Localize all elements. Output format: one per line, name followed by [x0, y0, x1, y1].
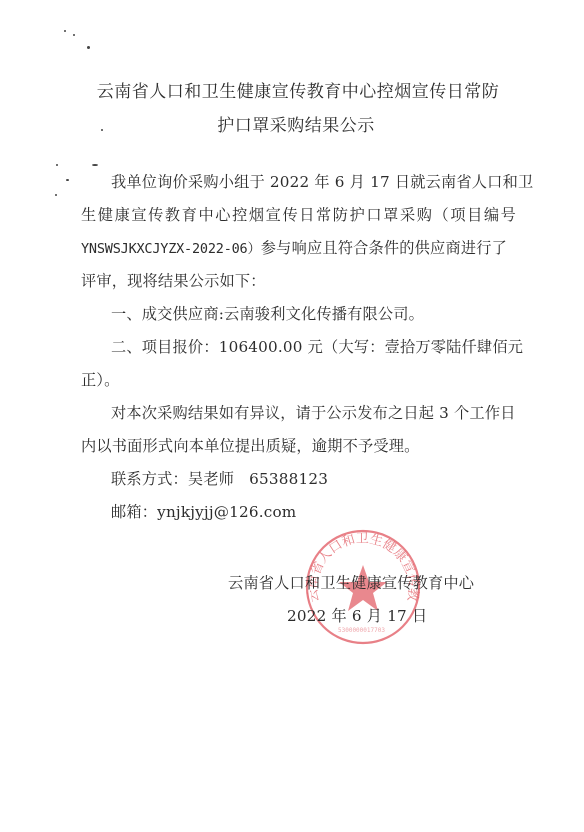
document-title-line1: 云南省人口和卫生健康宣传教育中心控烟宣传日常防 [6, 77, 584, 102]
project-price-line1: 二、项目报价：106400.00 元（大写：壹拾万零陆仟肆佰元 [111, 336, 523, 357]
scan-speck [73, 34, 75, 36]
paragraph1-line1: 我单位询价采购小组于 2022 年 6 月 17 日就云南省人口和卫 [111, 171, 533, 192]
scan-speck [87, 46, 90, 49]
paragraph1-line2: 生健康宣传教育中心控烟宣传日常防护口罩采购（项目编号 [81, 204, 517, 225]
winning-supplier: 一、成交供应商:云南骏利文化传播有限公司。 [111, 303, 424, 324]
scan-speck [56, 164, 58, 166]
scan-speck [92, 164, 98, 166]
email-info: 邮箱：ynjkjyjj@126.com [111, 501, 296, 522]
scan-speck [66, 179, 69, 181]
scan-speck [55, 194, 57, 196]
scan-speck [64, 30, 66, 32]
project-code: YNSWSJKXCJYZX-2022-06） [81, 241, 261, 257]
signature-org: 云南省人口和卫生健康宣传教育中心 [228, 572, 474, 593]
objection-line2: 内以书面形式向本单位提出质疑，逾期不予受理。 [81, 435, 420, 456]
signature-date: 2022 年 6 月 17 日 [287, 605, 427, 626]
paragraph1-line4: 评审，现将结果公示如下： [81, 270, 266, 291]
project-price-line2: 正）。 [81, 369, 120, 390]
seal-serial: 5300000017703 [338, 627, 385, 634]
contact-info: 联系方式：吴老师 65388123 [111, 468, 328, 489]
paragraph1-line3-rest: 参与响应且符合条件的供应商进行了 [261, 239, 507, 257]
document-title-line2: 护口罩采购结果公示 [4, 111, 584, 136]
paragraph1-line3: YNSWSJKXCJYZX-2022-06）参与响应且符合条件的供应商进行了 [81, 237, 507, 258]
objection-line1: 对本次采购结果如有异议，请于公示发布之日起 3 个工作日 [111, 402, 516, 423]
